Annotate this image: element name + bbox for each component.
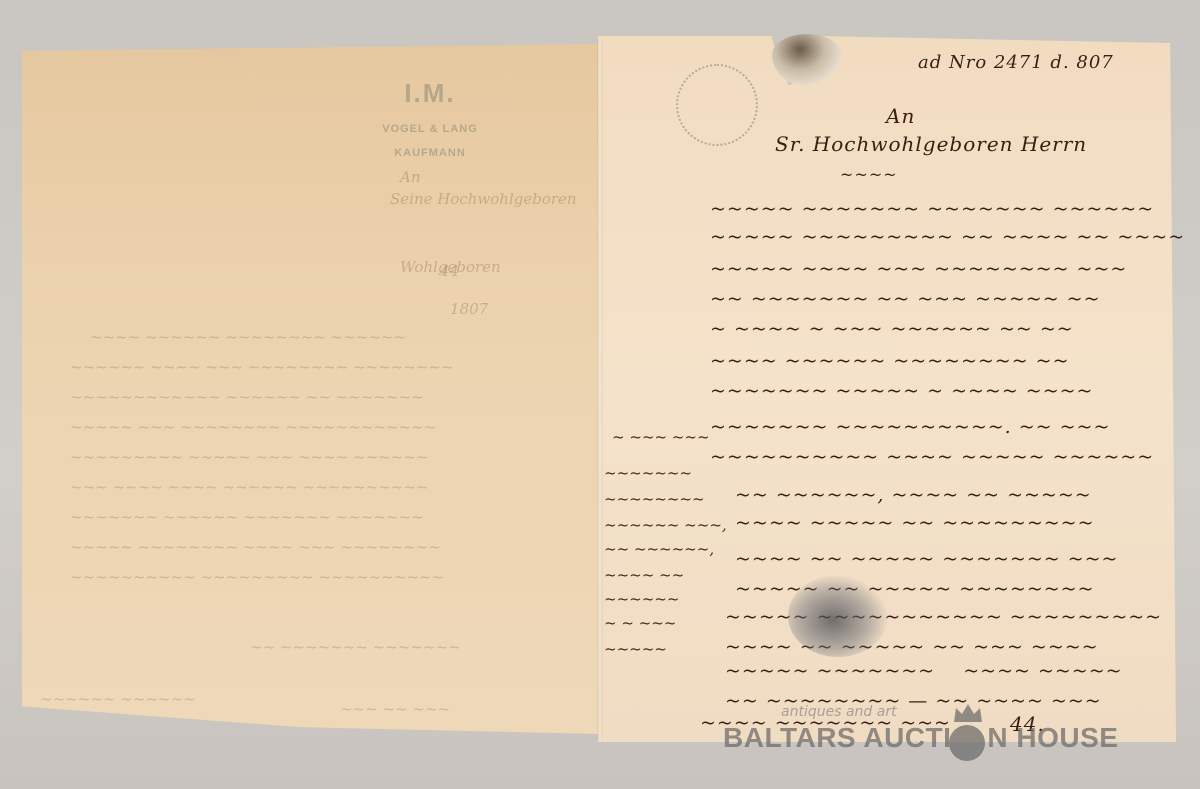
ghost-text-year: 1807: [450, 300, 488, 318]
ghost-text-an: An: [400, 168, 421, 186]
salutation: An: [886, 104, 915, 128]
postal-stamp: postal stamp: [676, 64, 758, 146]
letterhead-company: VOGEL & LANG: [340, 123, 520, 135]
reference-line: ad Nro 2471 d. 807: [918, 52, 1114, 73]
letterhead: I.M. VOGEL & LANG KAUFMANN: [340, 78, 520, 159]
closing-number: 44.: [1010, 712, 1045, 736]
letterhead-subtitle: KAUFMANN: [340, 147, 520, 159]
ghost-text-addressee: Seine Hochwohlgeboren: [390, 190, 577, 208]
ghost-text-number: 44: [440, 262, 459, 280]
letterhead-initials: I.M.: [340, 78, 520, 109]
page-fold: [597, 40, 603, 740]
addressee-line: Sr. Hochwohlgeboren Herrn: [775, 132, 1087, 156]
ink-blot: [788, 575, 888, 657]
